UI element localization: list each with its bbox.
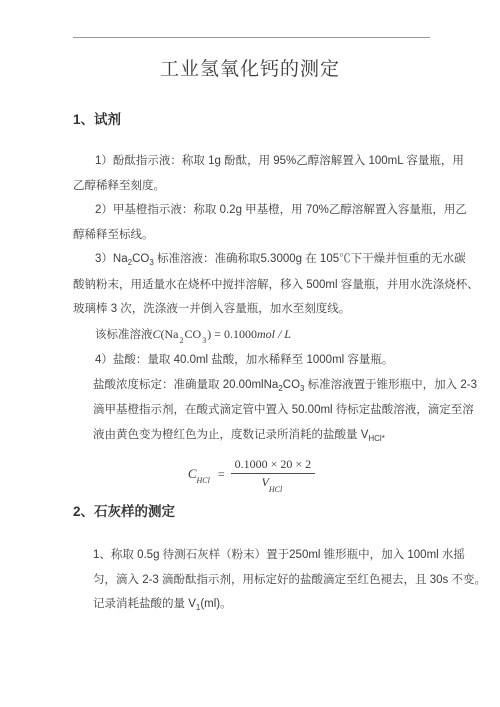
paragraph-lime-sample-titration: 1、称取 0.5g 待测石灰样（粉末）置于250ml 锥形瓶中，加入 100ml… [73,543,430,618]
formula-variable-c: C [188,466,197,482]
equals-sign: = [218,467,225,482]
text-run: 1）酚酞指示液：称取 1g 酚酞，用 95%乙醇溶解置入 100mL 容量瓶，用 [95,155,464,167]
text-line: 2）甲基橙指示液：称取 0.2g 甲基橙，用 70%乙醇溶解置入容量瓶，用乙 [73,198,430,223]
text-line: 记录消耗盐酸的量 V1(ml)。 [73,592,430,618]
text-line: 乙醇稀释至刻度。 [73,174,430,199]
document-page: 工业氢氧化钙的测定 1、试剂 1）酚酞指示液：称取 1g 酚酞，用 95%乙醇溶… [0,0,500,707]
text-line: 3）Na2CO3 标准溶液：准确称取5.3000g 在 105℃下干燥并恒重的无… [73,247,430,273]
text-run: 记录消耗盐酸的量 V [93,598,196,610]
paragraph-hcl-calibration: 盐酸浓度标定：准确量取 20.00mlNa2CO3 标准溶液置于锥形瓶中，加入 … [73,373,430,449]
text-run: 2）甲基橙指示液：称取 0.2g 甲基橙，用 70%乙醇溶解置入容量瓶，用乙 [95,204,467,216]
text-line: 盐酸浓度标定：准确量取 20.00mlNa2CO3 标准溶液置于锥形瓶中，加入 … [73,373,430,399]
subscript-text: HCl* [368,434,384,443]
paragraph-standard-concentration: 该标准溶液C(Na2CO3) = 0.1000mol / L [73,322,430,349]
fraction: 0.1000 × 20 × 2 VHCl [231,457,316,491]
text-run: (Na [161,327,179,341]
subscript-text: 3 [149,258,153,267]
subscript-text: 3 [202,336,206,345]
section-2-heading: 2、石灰样的测定 [73,503,430,521]
text-run: 标准溶液：准确称取5.3000g 在 105℃下干燥并恒重的无水碳 [154,253,466,265]
text-line: 1）酚酞指示液：称取 1g 酚酞，用 95%乙醇溶解置入 100mL 容量瓶，用 [73,149,430,174]
text-run: 3）Na [95,253,128,265]
text-line: 滴甲基橙指示剂，在酸式滴定管中置入 50.00ml 待标定盐酸溶液，滴定至溶 [73,398,430,423]
fraction-denominator: VHCl [262,474,285,491]
paragraph-methyl-orange: 2）甲基橙指示液：称取 0.2g 甲基橙，用 70%乙醇溶解置入容量瓶，用乙 醇… [73,198,430,247]
section-1-heading: 1、试剂 [73,111,430,129]
text-run: 1、称取 0.5g 待测石灰样（粉末）置于250ml 锥形瓶中，加入 100ml… [93,549,465,561]
text-run: C [153,327,161,341]
text-line: 1、称取 0.5g 待测石灰样（粉末）置于250ml 锥形瓶中，加入 100ml… [73,543,430,568]
text-run: 玻璃棒 3 次，洗涤液一并倒入容量瓶，加水至刻度线。 [73,303,350,315]
text-run: 盐酸浓度标定：准确量取 20.00mlNa [93,379,278,391]
header-rule-divider [73,37,430,38]
text-run: 醇稀释至标线。 [73,229,154,241]
text-run: CO [185,327,202,341]
subscript-text: HCl [269,485,282,494]
inline-formula-line: 该标准溶液C(Na2CO3) = 0.1000mol / L [73,322,430,349]
text-run: 该标准溶液 [95,329,153,341]
paragraph-hydrochloric-acid: 4）盐酸：量取 40.0ml 盐酸，加水稀释至 1000ml 容量瓶。 [73,348,430,373]
text-line: 液由黄色变为橙红色为止，度数记录所消耗的盐酸量 VHCl* [73,423,430,449]
text-run: CO [283,379,300,391]
subscript-text: 3 [300,384,304,393]
text-run: mol / L [257,327,291,341]
text-line: 匀，滴入 2-3 滴酚酞指示剂，用标定好的盐酸滴定至红色褪去，且 30s 不变。 [73,568,430,593]
subscript-text: 2 [278,384,282,393]
hcl-concentration-formula: CHCl = 0.1000 × 20 × 2 VHCl [73,452,430,496]
text-run: 标准溶液置于锥形瓶中，加入 2-3 [304,379,477,391]
text-run: 匀，滴入 2-3 滴酚酞指示剂，用标定好的盐酸滴定至红色褪去，且 30s 不变。 [93,574,486,586]
subscript-text: 2 [180,336,184,345]
text-line: 醇稀释至标线。 [73,223,430,248]
text-run: ) = 0.1000 [207,327,257,341]
paragraph-na2co3-standard: 3）Na2CO3 标准溶液：准确称取5.3000g 在 105℃下干燥并恒重的无… [73,247,430,322]
paragraph-phenolphthalein: 1）酚酞指示液：称取 1g 酚酞，用 95%乙醇溶解置入 100mL 容量瓶，用… [73,149,430,198]
text-line: 4）盐酸：量取 40.0ml 盐酸，加水稀释至 1000ml 容量瓶。 [73,348,430,373]
text-run: 酸钠粉末，用适量水在烧杯中搅拌溶解，移入 500ml 容量瓶，并用水洗涤烧杯、 [73,279,479,291]
subscript-text: 1 [196,603,200,612]
subscript-text: 2 [128,258,132,267]
formula-variable-v: V [262,475,269,489]
text-run: 液由黄色变为橙红色为止，度数记录所消耗的盐酸量 V [93,429,368,441]
fraction-numerator: 0.1000 × 20 × 2 [231,457,316,474]
text-run: 4）盐酸：量取 40.0ml 盐酸，加水稀释至 1000ml 容量瓶。 [95,354,393,366]
text-run: 乙醇稀释至刻度。 [73,180,165,192]
text-run: 滴甲基橙指示剂，在酸式滴定管中置入 50.00ml 待标定盐酸溶液，滴定至溶 [93,404,474,416]
text-run: (ml)。 [200,598,231,610]
text-line: 酸钠粉末，用适量水在烧杯中搅拌溶解，移入 500ml 容量瓶，并用水洗涤烧杯、 [73,273,430,298]
text-line: 玻璃棒 3 次，洗涤液一并倒入容量瓶，加水至刻度线。 [73,297,430,322]
text-run: CO [132,253,149,265]
document-title: 工业氢氧化钙的测定 [0,56,500,84]
subscript-text: HCl [197,476,210,485]
